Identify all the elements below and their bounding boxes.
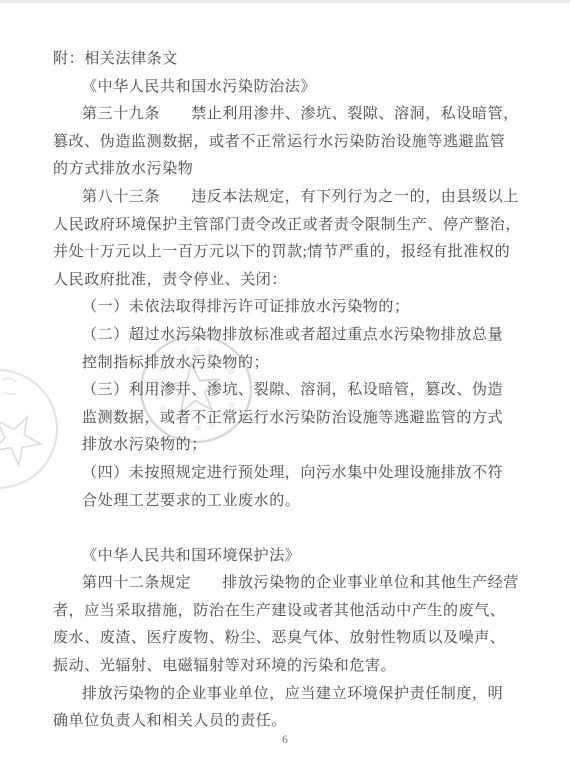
text-line: 《中华人民共和国环境保护法》 <box>53 543 533 571</box>
text-line: （一）未依法取得排污许可证排放水污染物的； <box>53 294 533 322</box>
text-line: 的方式排放水污染物 <box>53 156 533 184</box>
text-line: 第三十九条 禁止利用渗井、渗坑、裂隙、溶洞，私设暗管， <box>53 101 533 129</box>
text-line: 并处十万元以上一百万元以下的罚款;情节严重的，报经有批准权的 <box>53 239 533 267</box>
text-line: 人民政府环境保护主管部门责令改正或者责令限制生产、停产整治， <box>53 212 533 240</box>
text-line: 第四十二条规定 排放污染物的企业事业单位和其他生产经营 <box>53 570 533 598</box>
text-line: 篡改、伪造监测数据，或者不正常运行水污染防治设施等逃避监管 <box>53 129 533 157</box>
text-line: （三）利用渗井、渗坑、裂隙、溶洞，私设暗管，篡改、伪造 <box>53 377 533 405</box>
text-line: 确单位负责人和相关人员的责任。 <box>53 708 533 736</box>
page-number: 6 <box>0 734 570 746</box>
text-line: 监测数据，或者不正常运行水污染防治设施等逃避监管的方式 <box>53 405 533 433</box>
text-line: 《中华人民共和国水污染防治法》 <box>53 74 533 102</box>
text-line: （四）未按照规定进行预处理，向污水集中处理设施排放不符 <box>53 460 533 488</box>
blank-line <box>53 515 533 543</box>
text-line: 废水、废渣、医疗废物、粉尘、恶臭气体、放射性物质以及噪声、 <box>53 625 533 653</box>
partial-seal-marks <box>2 378 16 394</box>
text-line: 附：相关法律条文 <box>53 46 533 74</box>
text-line: （二）超过水污染物排放标准或者超过重点水污染物排放总量 <box>53 322 533 350</box>
text-line: 合处理工艺要求的工业废水的。 <box>53 488 533 516</box>
text-line: 振动、光辐射、电磁辐射等对环境的污染和危害。 <box>53 653 533 681</box>
text-line: 控制指标排放水污染物的； <box>53 350 533 378</box>
text-line: 排放水污染物的； <box>53 432 533 460</box>
document-page: 附：相关法律条文《中华人民共和国水污染防治法》第三十九条 禁止利用渗井、渗坑、裂… <box>0 0 570 784</box>
partial-seal-star <box>0 405 49 470</box>
text-line: 排放污染物的企业事业单位，应当建立环境保护责任制度，明 <box>53 681 533 709</box>
partial-seal-ring <box>0 370 57 488</box>
text-line: 者，应当采取措施，防治在生产建设或者其他活动中产生的废气、 <box>53 598 533 626</box>
text-line: 第八十三条 违反本法规定，有下列行为之一的，由县级以上 <box>53 184 533 212</box>
document-body: 附：相关法律条文《中华人民共和国水污染防治法》第三十九条 禁止利用渗井、渗坑、裂… <box>53 46 533 736</box>
text-line: 人民政府批准，责令停业、关闭： <box>53 267 533 295</box>
scan-edge-strip <box>0 0 570 3</box>
